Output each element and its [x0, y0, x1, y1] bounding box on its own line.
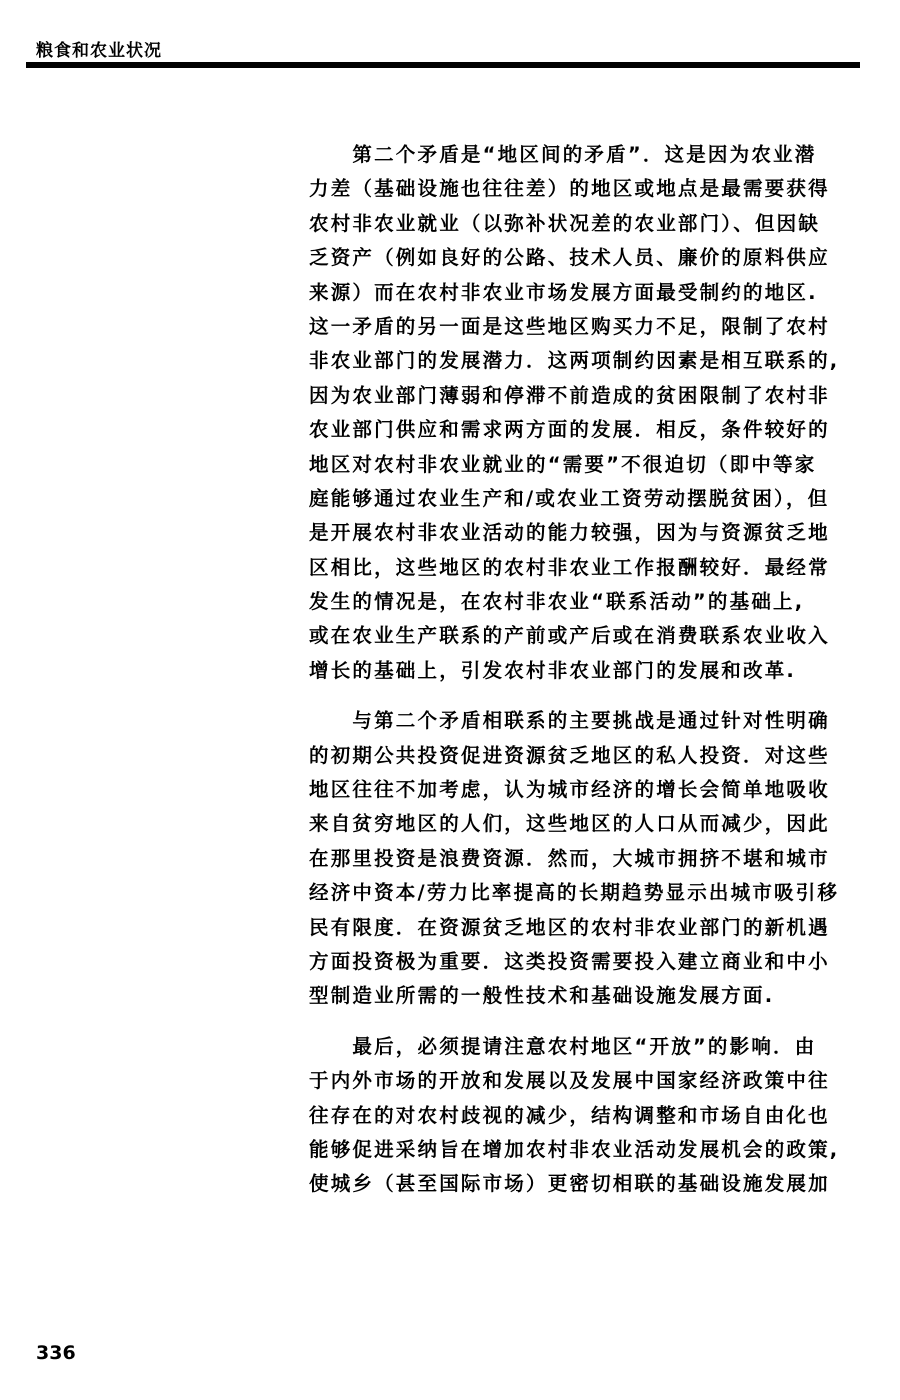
paragraph-3: 最后，必须提请注意农村地区“开放”的影响．由 于内外市场的开放和发展以及发展中国…: [309, 1030, 844, 1202]
text-line: 最后，必须提请注意农村地区“开放”的影响．由: [309, 1030, 844, 1064]
text-line: 民有限度．在资源贫乏地区的农村非农业部门的新机遇: [309, 911, 844, 945]
paragraph-gap: [309, 688, 844, 704]
text-line: 增长的基础上，引发农村非农业部门的发展和改革.: [309, 654, 844, 688]
text-line: 力差（基础设施也往往差）的地区或地点是最需要获得: [309, 172, 844, 206]
text-line: 来自贫穷地区的人们，这些地区的人口从而减少，因此: [309, 807, 844, 841]
text-line: 往存在的对农村歧视的减少，结构调整和市场自由化也: [309, 1099, 844, 1133]
paragraph-gap: [309, 1014, 844, 1030]
text-line: 或在农业生产联系的产前或产后或在消费联系农业收入: [309, 619, 844, 653]
body-text: 第二个矛盾是“地区间的矛盾”．这是因为农业潜 力差（基础设施也往往差）的地区或地…: [309, 138, 844, 1202]
text-line: 与第二个矛盾相联系的主要挑战是通过针对性明确: [309, 704, 844, 738]
text-line: 型制造业所需的一般性技术和基础设施发展方面.: [309, 979, 844, 1013]
paragraph-2: 与第二个矛盾相联系的主要挑战是通过针对性明确 的初期公共投资促进资源贫乏地区的私…: [309, 704, 844, 1014]
text-line: 的初期公共投资促进资源贫乏地区的私人投资．对这些: [309, 739, 844, 773]
page-number: 336: [36, 1342, 76, 1364]
text-line: 方面投资极为重要．这类投资需要投入建立商业和中小: [309, 945, 844, 979]
text-line: 地区对农村非农业就业的“需要”不很迫切（即中等家: [309, 448, 844, 482]
running-head: 粮食和农业状况: [36, 36, 162, 61]
text-line: 能够促进采纳旨在增加农村非农业活动发展机会的政策,: [309, 1133, 844, 1167]
text-line: 在那里投资是浪费资源．然而，大城市拥挤不堪和城市: [309, 842, 844, 876]
text-line: 来源）而在农村非农业市场发展方面最受制约的地区.: [309, 276, 844, 310]
text-line: 因为农业部门薄弱和停滞不前造成的贫困限制了农村非: [309, 379, 844, 413]
text-line: 地区往往不加考虑，认为城市经济的增长会简单地吸收: [309, 773, 844, 807]
paragraph-1: 第二个矛盾是“地区间的矛盾”．这是因为农业潜 力差（基础设施也往往差）的地区或地…: [309, 138, 844, 688]
header-rule: [26, 62, 860, 68]
text-line: 于内外市场的开放和发展以及发展中国家经济政策中往: [309, 1064, 844, 1098]
text-line: 这一矛盾的另一面是这些地区购买力不足，限制了农村: [309, 310, 844, 344]
text-line: 农业部门供应和需求两方面的发展．相反，条件较好的: [309, 413, 844, 447]
text-line: 非农业部门的发展潜力．这两项制约因素是相互联系的,: [309, 344, 844, 378]
text-line: 农村非农业就业（以弥补状况差的农业部门）、但因缺: [309, 207, 844, 241]
text-line: 第二个矛盾是“地区间的矛盾”．这是因为农业潜: [309, 138, 844, 172]
text-line: 乏资产（例如良好的公路、技术人员、廉价的原料供应: [309, 241, 844, 275]
text-line: 使城乡（甚至国际市场）更密切相联的基础设施发展加: [309, 1167, 844, 1201]
text-line: 庭能够通过农业生产和/或农业工资劳动摆脱贫困），但: [309, 482, 844, 516]
text-line: 是开展农村非农业活动的能力较强，因为与资源贫乏地: [309, 516, 844, 550]
text-line: 区相比，这些地区的农村非农业工作报酬较好．最经常: [309, 551, 844, 585]
text-line: 经济中资本/劳力比率提高的长期趋势显示出城市吸引移: [309, 876, 844, 910]
text-line: 发生的情况是，在农村非农业“联系活动”的基础上,: [309, 585, 844, 619]
